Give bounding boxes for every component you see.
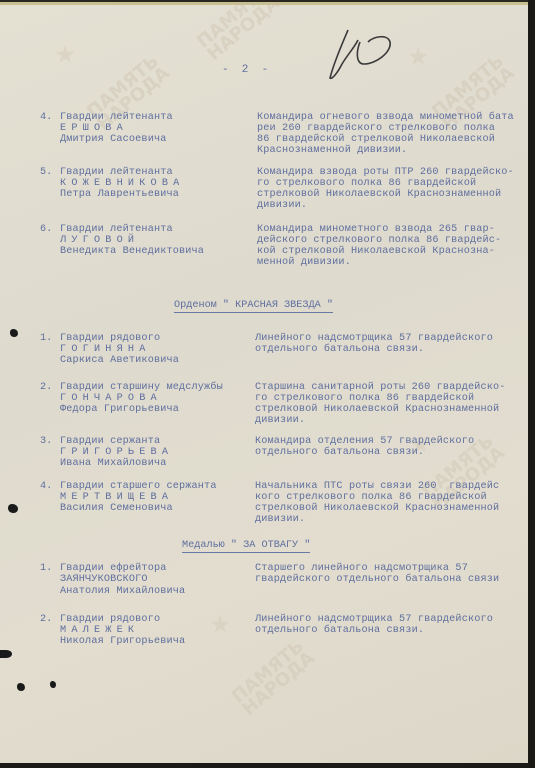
- entry-surname: МЕРТВИЩЕВА: [60, 492, 173, 503]
- entry-number: 5.: [40, 167, 52, 178]
- entry-rank: Гвардии старшину медслужбы: [60, 382, 223, 393]
- watermark: ПАМЯТЬ НАРОДА: [195, 2, 283, 63]
- entry-rank: Гвардии лейтенанта: [60, 167, 173, 178]
- watermark-star-icon: ★: [408, 34, 428, 76]
- entry-given-name: Дмитрия Сасоевича: [60, 134, 166, 145]
- entry-number: 1.: [40, 563, 52, 574]
- entry-number: 4.: [40, 112, 52, 123]
- entry-number: 6.: [40, 224, 52, 235]
- entry-number: 2.: [40, 382, 52, 393]
- punch-hole: [8, 504, 18, 513]
- scan-edge-bottom: [0, 763, 535, 768]
- entry-rank: Гвардии ефрейтора: [60, 563, 166, 574]
- section-heading-bravery: Медалью " ЗА ОТВАГУ ": [182, 540, 310, 553]
- entry-description: Линейного надсмотрщика 57 гвардейского о…: [255, 614, 493, 636]
- entry-number: 2.: [40, 614, 52, 625]
- punch-hole: [10, 329, 18, 337]
- entry-surname: ГРИГОРЬЕВА: [60, 447, 173, 458]
- entry-given-name: Саркиса Аветиковича: [60, 355, 179, 366]
- entry-surname: ГОГИНЯНА: [60, 344, 151, 355]
- entry-number: 4.: [40, 481, 52, 492]
- entry-description: Начальника ПТС роты связи 260 гвардейс к…: [255, 481, 499, 525]
- watermark-star-icon: ★: [55, 32, 75, 74]
- page-number: - 2 -: [222, 64, 268, 76]
- entry-description: Линейного надсмотрщика 57 гвардейского о…: [255, 333, 493, 355]
- entry-description: Командира минометного взвода 265 гвар- д…: [257, 224, 501, 268]
- entry-given-name: Ивана Михайловича: [60, 458, 166, 469]
- entry-given-name: Василия Семеновича: [60, 503, 173, 514]
- entry-given-name: Федора Григорьевича: [60, 404, 179, 415]
- entry-description: Старшина санитарной роты 260 гвардейско-…: [255, 382, 506, 426]
- scan-edge-right: [528, 0, 535, 768]
- punch-hole: [0, 650, 12, 658]
- entry-given-name: Анатолия Михайловича: [60, 586, 185, 597]
- entry-given-name: Николая Григорьевича: [60, 636, 185, 647]
- entry-surname: ГОНЧАРОВА: [60, 393, 162, 404]
- document-page: ★ ПАМЯТЬ НАРОДА ★ ПАМЯТЬ НАРОДА ПАМЯТЬ Н…: [0, 2, 528, 764]
- entry-surname: МАЛЕЖЕК: [60, 625, 139, 636]
- entry-given-name: Петра Лаврентьевича: [60, 189, 179, 200]
- entry-number: 1.: [40, 333, 52, 344]
- entry-rank: Гвардии рядового: [60, 614, 160, 625]
- entry-description: Командира отделения 57 гвардейского отде…: [255, 436, 474, 458]
- entry-rank: Гвардии старшего сержанта: [60, 481, 217, 492]
- punch-hole: [17, 683, 25, 691]
- entry-number: 3.: [40, 436, 52, 447]
- entry-surname: КОЖЕВНИКОВА: [60, 178, 184, 189]
- entry-rank: Гвардии сержанта: [60, 436, 160, 447]
- entry-rank: Гвардии лейтенанта: [60, 224, 173, 235]
- entry-surname: ЗАЯНЧУКОВСКОГО: [60, 574, 148, 585]
- section-heading-red-star: Орденом " КРАСНАЯ ЗВЕЗДА ": [174, 300, 333, 313]
- punch-hole: [50, 681, 56, 688]
- handwritten-page-number: [320, 24, 400, 84]
- entry-rank: Гвардии рядового: [60, 333, 160, 344]
- entry-rank: Гвардии лейтенанта: [60, 112, 173, 123]
- entry-given-name: Венедикта Венедиктовича: [60, 246, 204, 257]
- entry-description: Командира взвода роты ПТР 260 гвардейско…: [257, 167, 514, 211]
- entry-surname: ЛУГОВОЙ: [60, 235, 139, 246]
- entry-description: Старшего линейного надсмотрщика 57 гвард…: [255, 563, 499, 585]
- watermark-star-icon: ★: [210, 602, 230, 644]
- entry-surname: ЕРШОВА: [60, 123, 128, 134]
- entry-description: Командира огневого взвода минометной бат…: [257, 112, 514, 156]
- watermark: ПАМЯТЬ НАРОДА: [230, 638, 318, 719]
